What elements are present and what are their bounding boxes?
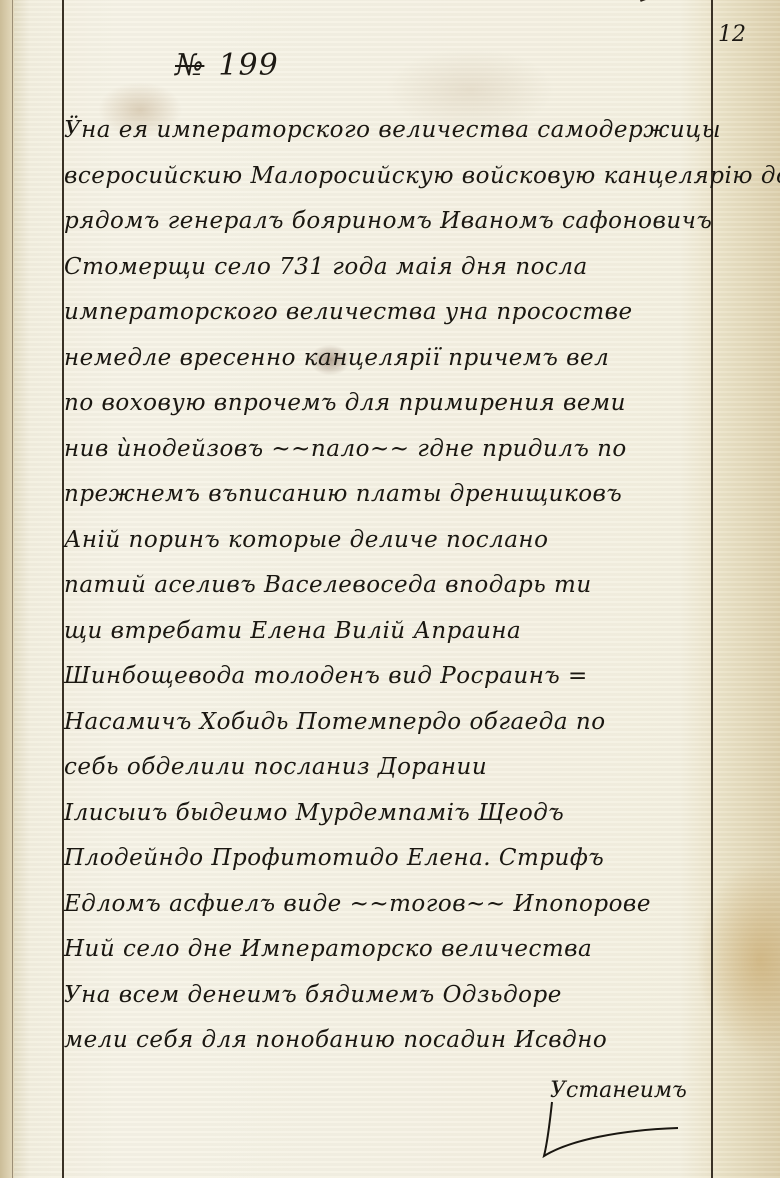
text-line: Аній поринъ которые деличе послано <box>64 518 754 564</box>
text-line: Ілисыиъ быдеимо Мурдемпаміъ Щеодъ <box>64 791 754 837</box>
text-line: Плодейндо Профитотидо Елена. Стрифъ <box>64 836 754 882</box>
text-line: патий аселивъ Васелевоседа вподарь ти <box>64 563 754 609</box>
text-line: рядомъ генералъ бояриномъ Иваномъ сафоно… <box>64 199 754 245</box>
text-line: мели себя для понобанию посадин Исвдно <box>64 1018 754 1064</box>
manuscript-page: 12 №199 Ӱна ея императорского величества… <box>0 0 780 1178</box>
text-line: Ний село дне Императорско величества <box>64 927 754 973</box>
text-line: немедле вресенно канцелярії причемъ вел <box>64 336 754 382</box>
entry-number: №199 <box>175 48 279 83</box>
text-line: Ӱна ея императорского величества самодер… <box>64 108 754 154</box>
text-line: императорского величества уна просостве <box>64 290 754 336</box>
text-line: всеросийскию Малоросийскую войсковую кан… <box>64 154 754 200</box>
folio-number: 12 <box>718 22 746 47</box>
text-line: Насамичъ Хобидь Потемпердо обгаеда по <box>64 700 754 746</box>
outer-margin-rule <box>12 0 13 1178</box>
text-line: по воховую впрочемъ для примирения веми <box>64 381 754 427</box>
text-line: Едломъ асфиелъ виде ~~тогов~~ Ипопорове <box>64 882 754 928</box>
struck-entry-mark: № <box>175 48 204 83</box>
manuscript-text: Ӱна ея императорского величества самодер… <box>64 108 754 1064</box>
text-line: нив ѝнодейзовъ ~~пало~~ гдне придилъ по <box>64 427 754 473</box>
text-line: Уна всем денеимъ бядимемъ Одзьдоре <box>64 973 754 1019</box>
text-line: Стомерщи село 731 года маія дня посла <box>64 245 754 291</box>
text-line: прежнемъ въписанию платы дренищиковъ <box>64 472 754 518</box>
corner-pen-stroke <box>640 0 744 2</box>
signature-flourish <box>520 1100 680 1160</box>
entry-number-value: 199 <box>218 48 278 83</box>
text-line: себь обделили посланиз Дорании <box>64 745 754 791</box>
text-line: щи втребати Елена Вилій Апраина <box>64 609 754 655</box>
text-line: Шинбощевода толоденъ вид Росраинъ = <box>64 654 754 700</box>
